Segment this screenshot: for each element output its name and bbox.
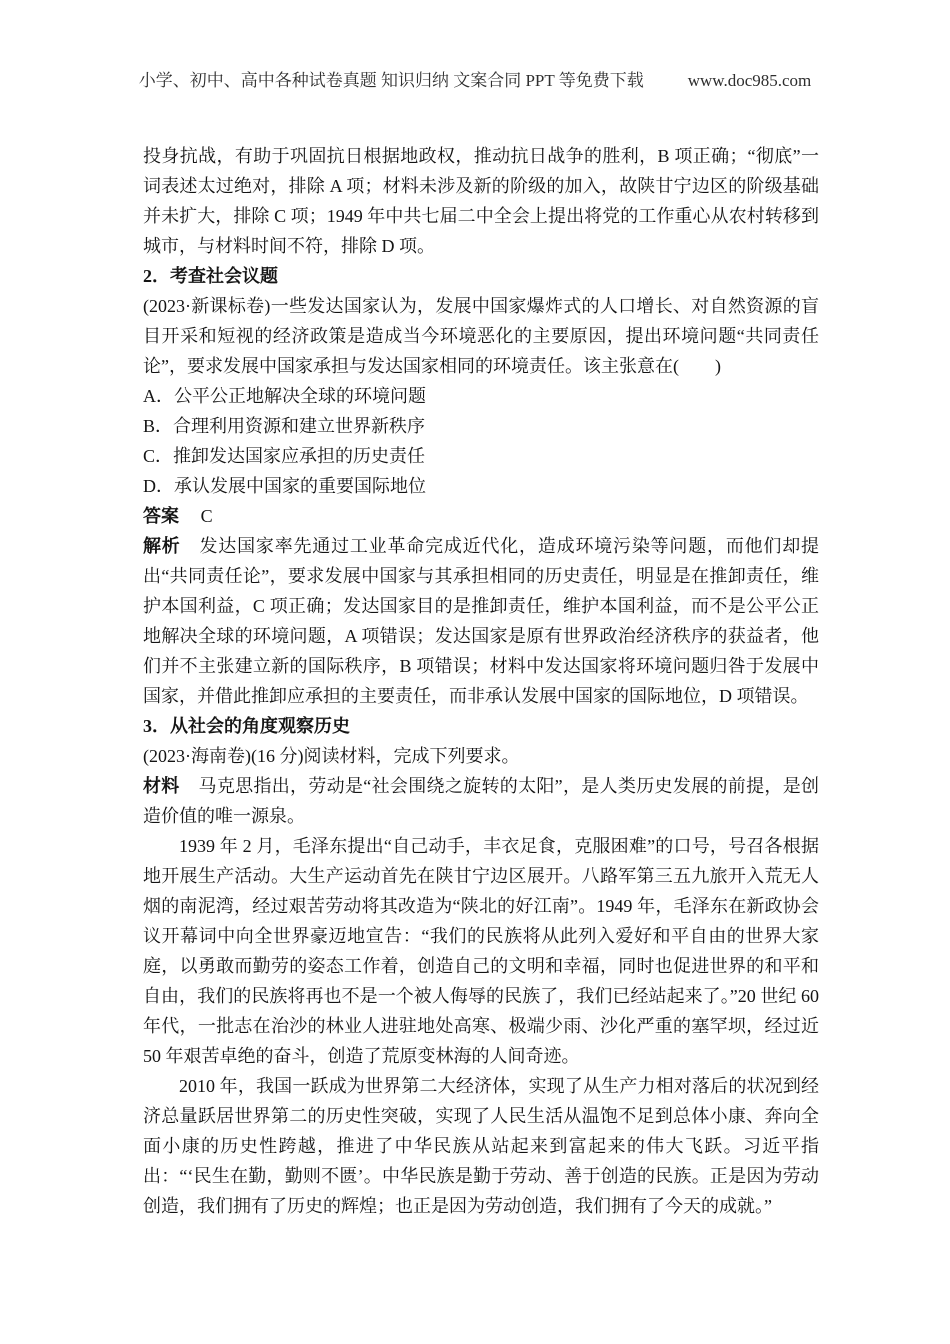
option-c-label: C． xyxy=(143,446,173,466)
page-header: 小学、初中、高中各种试卷真题 知识归纳 文案合同 PPT 等免费下载 www.d… xyxy=(0,66,950,91)
option-c: C．推卸发达国家应承担的历史责任 xyxy=(143,441,819,471)
option-b: B．合理利用资源和建立世界新秩序 xyxy=(143,411,819,441)
document-body: 投身抗战，有助于巩固抗日根据地政权，推动抗日战争的胜利，B 项正确；“彻底”一词… xyxy=(143,141,819,1221)
option-d-text: 承认发展中国家的重要国际地位 xyxy=(174,476,426,496)
previous-question-analysis-continuation: 投身抗战，有助于巩固抗日根据地政权，推动抗日战争的胜利，B 项正确；“彻底”一词… xyxy=(143,141,819,261)
material-paragraph-1939: 1939 年 2 月，毛泽东提出“自己动手，丰衣足食，克服困难”的口号，号召各根… xyxy=(143,831,819,1071)
analysis-text: 发达国家率先通过工业革命完成近代化，造成环境污染等问题，而他们却提出“共同责任论… xyxy=(143,536,819,706)
option-a: A．公平公正地解决全球的环境问题 xyxy=(143,381,819,411)
material-intro-paragraph: 材料马克思指出，劳动是“社会围绕之旋转的太阳”，是人类历史发展的前提，是创造价值… xyxy=(143,771,819,831)
question-3-source: (2023·海南卷)(16 分)阅读材料，完成下列要求。 xyxy=(143,741,819,771)
section-heading-3: 3．从社会的角度观察历史 xyxy=(143,711,819,741)
question-2-stem: (2023·新课标卷)一些发达国家认为，发展中国家爆炸式的人口增长、对自然资源的… xyxy=(143,291,819,381)
option-d-label: D． xyxy=(143,476,174,496)
material-intro-text: 马克思指出，劳动是“社会围绕之旋转的太阳”，是人类历史发展的前提，是创造价值的唯… xyxy=(143,776,819,826)
section-heading-2: 2．考查社会议题 xyxy=(143,261,819,291)
answer-line: 答案C xyxy=(143,501,819,531)
option-d: D．承认发展中国家的重要国际地位 xyxy=(143,471,819,501)
analysis-paragraph: 解析发达国家率先通过工业革命完成近代化，造成环境污染等问题，而他们却提出“共同责… xyxy=(143,531,819,711)
material-label: 材料 xyxy=(143,776,180,796)
header-site-url: www.doc985.com xyxy=(688,71,812,91)
analysis-label: 解析 xyxy=(143,536,181,556)
answer-value: C xyxy=(201,506,213,526)
material-paragraph-2010: 2010 年，我国一跃成为世界第二大经济体，实现了从生产力相对落后的状况到经济总… xyxy=(143,1071,819,1221)
header-site-line: 小学、初中、高中各种试卷真题 知识归纳 文案合同 PPT 等免费下载 xyxy=(139,66,644,91)
answer-label: 答案 xyxy=(143,506,179,526)
option-a-label: A． xyxy=(143,386,174,406)
document-page: 小学、初中、高中各种试卷真题 知识归纳 文案合同 PPT 等免费下载 www.d… xyxy=(0,0,950,1344)
option-a-text: 公平公正地解决全球的环境问题 xyxy=(174,386,426,406)
option-b-label: B． xyxy=(143,416,173,436)
option-b-text: 合理利用资源和建立世界新秩序 xyxy=(173,416,425,436)
option-c-text: 推卸发达国家应承担的历史责任 xyxy=(173,446,425,466)
